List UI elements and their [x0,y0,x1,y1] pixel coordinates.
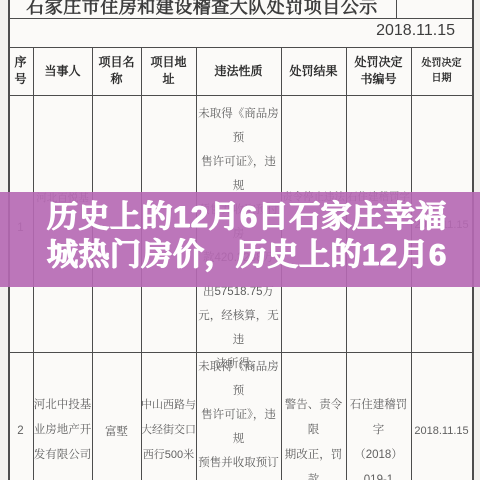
cell-row1-nature-top: 未取得《商品房预 售许可证》，违规 预售并收取预付房 款420.2238万 [196,102,281,198]
cell-row2-result: 警告、责令限 期改正，罚款 2万元 [281,393,346,468]
col-header-nature: 违法性质 [196,47,281,95]
cell-row2-seq: 2 [8,418,33,443]
col-header-doc-date: 处罚决定 日期 [411,47,472,95]
col-header-party: 当事人 [33,47,92,95]
cell-row2-nature: 未取得《商品房预 售许可证》，违规 预售并收取预订款 14万元，违法情节 严重，… [196,355,281,475]
cell-row2-project-name: 富墅 [92,418,141,443]
col-header-seq: 序 号 [8,47,33,95]
cell-row2-project-addr: 中山西路与 大经街交口 西行500米 [141,393,196,468]
col-header-doc-no: 处罚决定 书编号 [346,47,411,95]
table-gridline [396,0,397,18]
table-gridline [8,95,474,96]
col-header-project-name: 项目名 称 [92,47,141,95]
screenshot-page: 石家庄市住房和建设稽查大队处罚项目公示 2018.11.15 序 号 当事人 项… [0,0,480,480]
col-header-project-addr: 项目地 址 [141,47,196,95]
publish-date: 2018.11.15 [376,22,455,40]
cell-row2-party: 河北中投基 业房地产开 发有限公司 [33,393,92,468]
col-header-result: 处罚结果 [281,47,346,95]
cell-row2-doc-date: 2018.11.15 [411,418,472,443]
cell-row2-doc-no: 石住建稽罚字 （2018） 019-1 [346,393,411,468]
caption-text: 历史上的12月6日石家庄幸福 城热门房价，历史上的12月6 [47,198,447,274]
table-gridline [8,18,474,19]
page-title: 石家庄市住房和建设稽查大队处罚项目公示 [8,0,396,18]
cell-row1-nature-bottom: 出57518.75万 元，经核算，无违 法所得。 [196,280,281,352]
caption-overlay: 历史上的12月6日石家庄幸福 城热门房价，历史上的12月6 [0,192,480,287]
